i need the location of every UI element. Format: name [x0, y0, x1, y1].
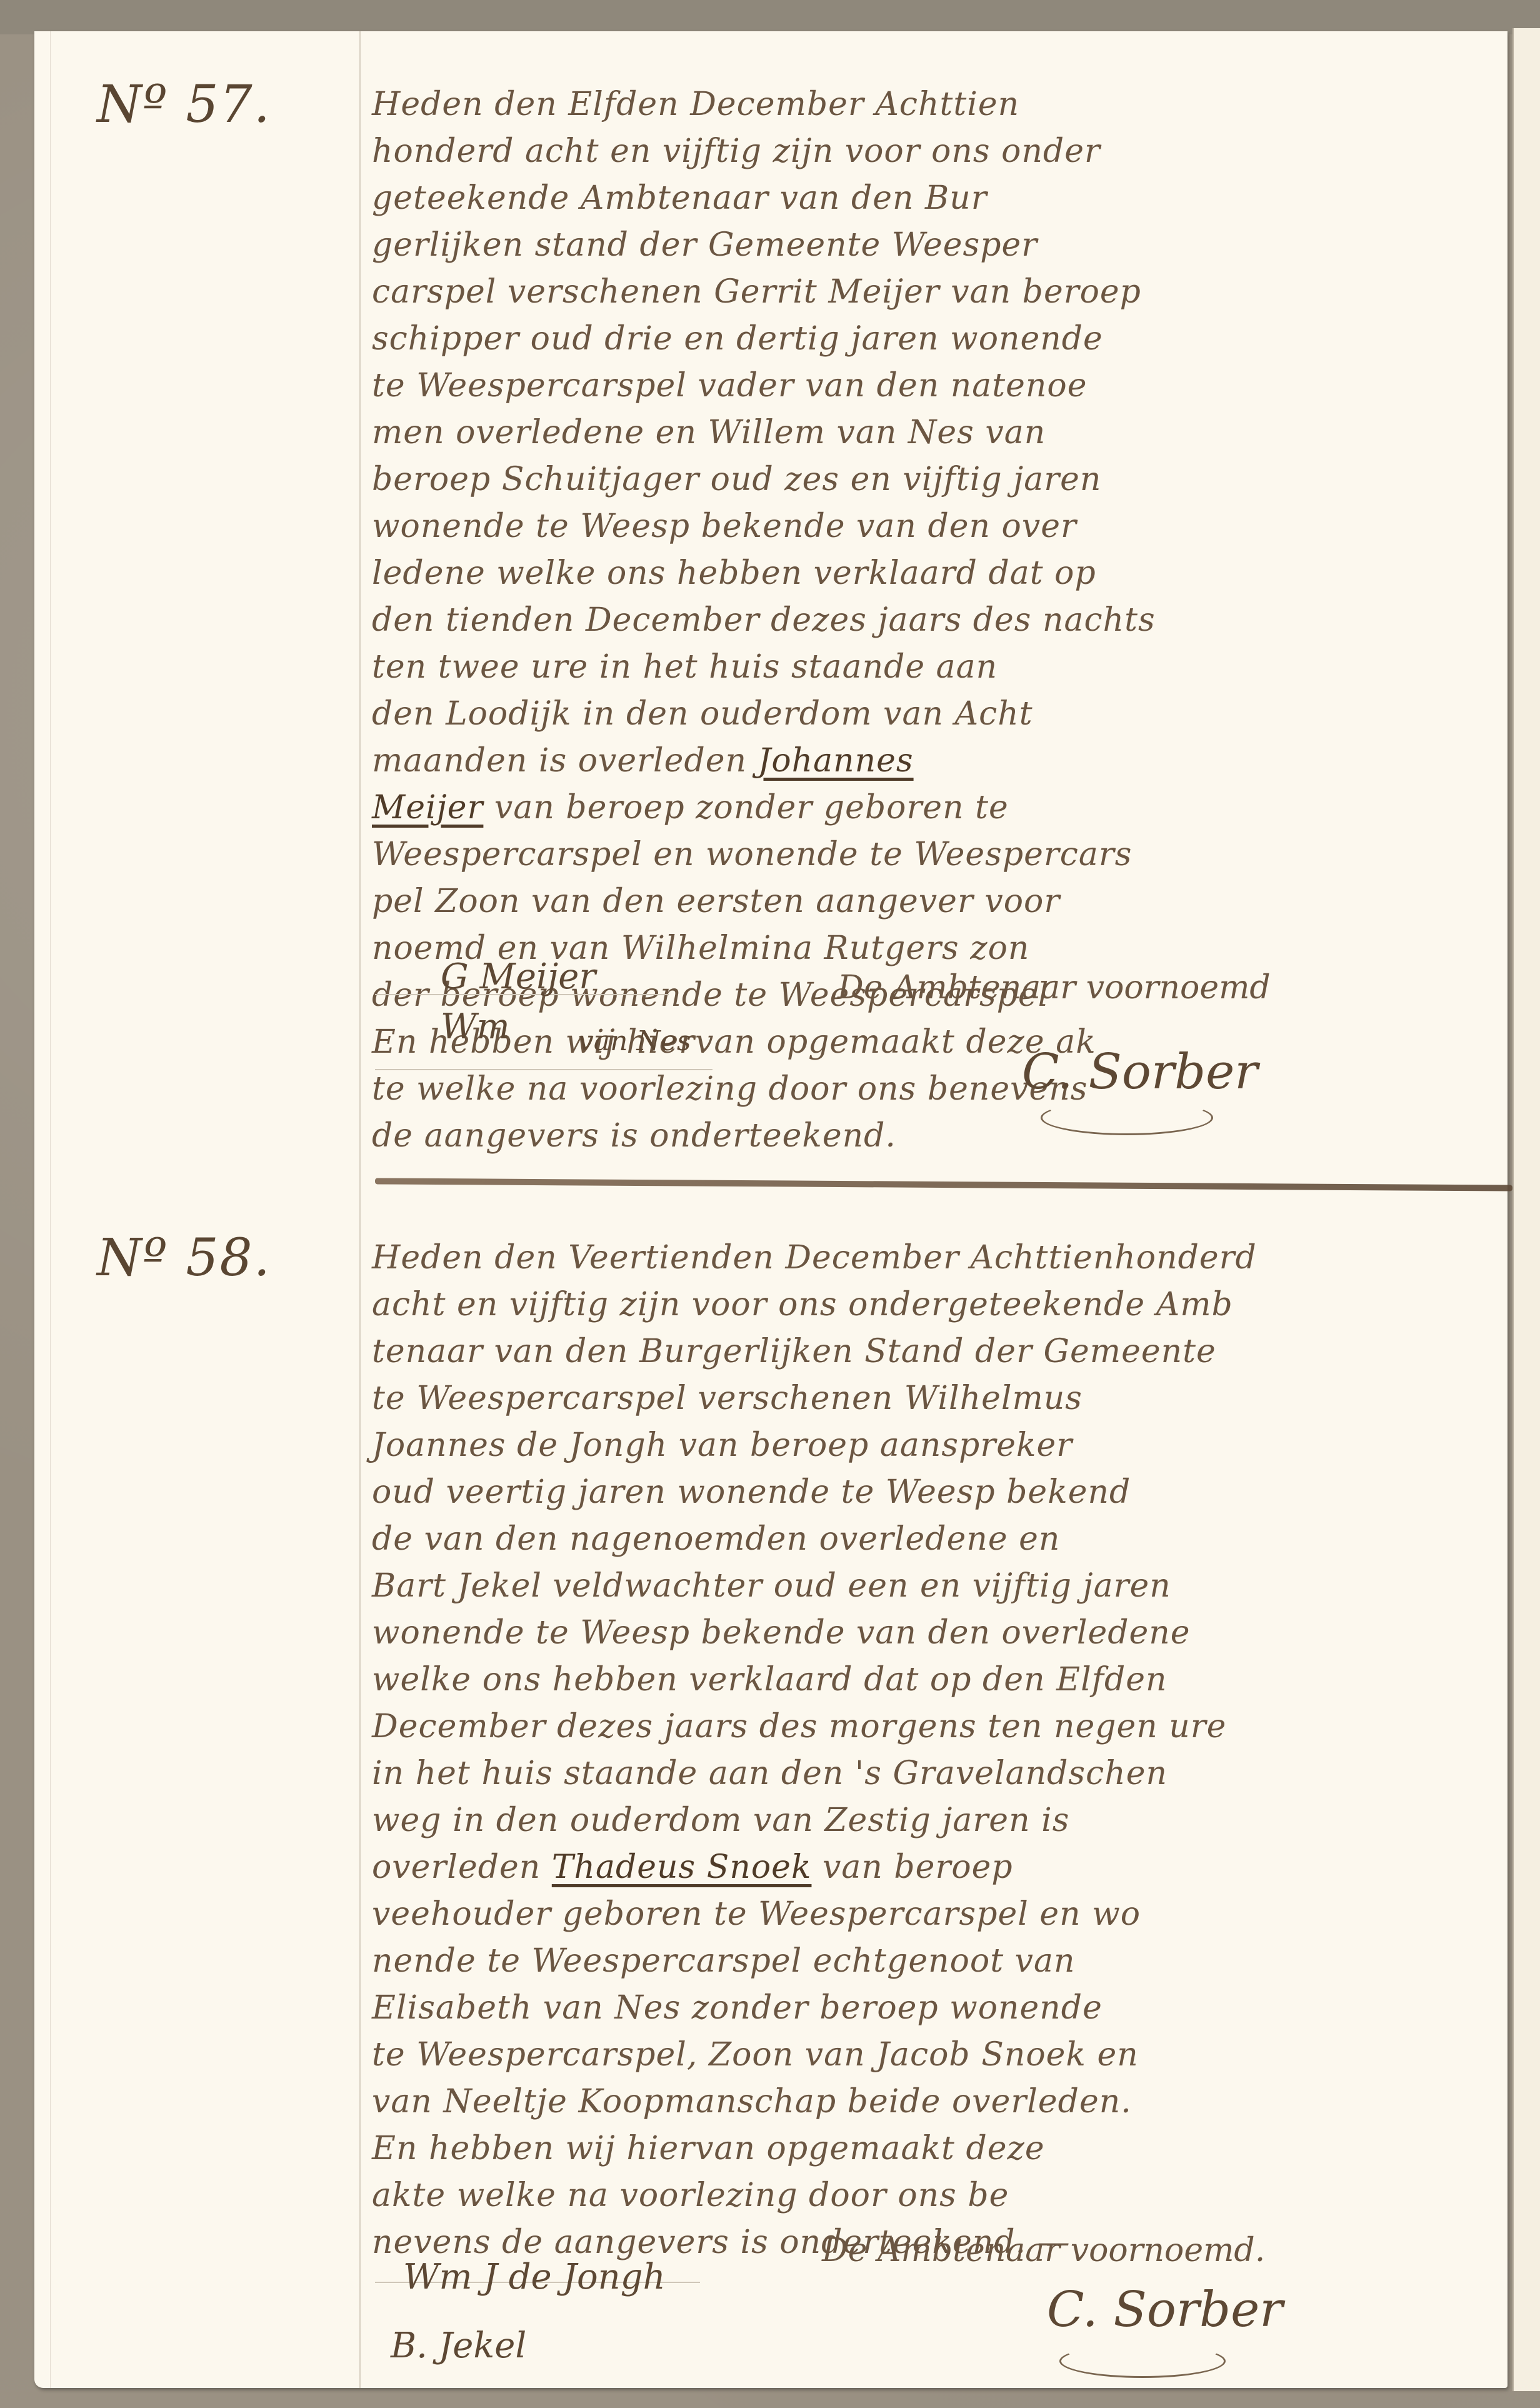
text-line: gerlijken stand der Gemeente Weesper	[372, 222, 1497, 269]
adjacent-page-edge	[1512, 28, 1540, 2391]
text-line: wonende te Weesp bekende van den overled…	[372, 1610, 1497, 1657]
text-line: Bart Jekel veldwachter oud een en vijfti…	[372, 1563, 1497, 1610]
text-line: Joannes de Jongh van beroep aanspreker	[372, 1422, 1497, 1469]
text-line: den Loodijk in den ouderdom van Acht	[372, 691, 1497, 738]
text-line: oud veertig jaren wonende te Weesp beken…	[372, 1469, 1497, 1516]
signature-rule	[375, 1069, 712, 1070]
official-title: De Ambtenaar voornoemd.	[822, 2232, 1265, 2269]
text-line: welke ons hebben verklaard dat op den El…	[372, 1657, 1497, 1703]
text-line: wonende te Weesp bekende van den over	[372, 503, 1497, 550]
text-line: pel Zoon van den eersten aangever voor	[372, 878, 1497, 925]
text-line: den tienden December dezes jaars des nac…	[372, 597, 1497, 644]
entry-number-57: Nº 57.	[97, 75, 271, 134]
signature-official: C. Sorber	[1047, 2282, 1283, 2338]
entry-separator-line	[375, 1178, 1512, 1191]
text-line: honderd acht en vijftig zijn voor ons on…	[372, 128, 1497, 175]
text-line: men overledene en Willem van Nes van	[372, 409, 1497, 456]
text-line: de van den nagenoemden overledene en	[372, 1516, 1497, 1563]
deceased-name-part2: Meijer	[372, 789, 483, 826]
binding-board-top	[0, 0, 1540, 34]
text-line: ten twee ure in het huis staande aan	[372, 644, 1497, 691]
text-line: te Weespercarspel verschenen Wilhelmus	[372, 1375, 1497, 1422]
text-line: carspel verschenen Gerrit Meijer van ber…	[372, 269, 1497, 316]
text-line: weg in den ouderdom van Zestig jaren is	[372, 1797, 1497, 1844]
text-line: Heden den Veertienden December Achttienh…	[372, 1235, 1497, 1282]
text-line: ledene welke ons hebben verklaard dat op	[372, 550, 1497, 597]
text-line: akte welke na voorlezing door ons be	[372, 2172, 1497, 2219]
signature-witness-1: Wm J de Jongh	[403, 2257, 666, 2297]
text-line: te Weespercarspel, Zoon van Jacob Snoek …	[372, 2032, 1497, 2079]
text-fragment: van beroep zonder geboren te	[483, 789, 1008, 826]
margin-rule	[359, 31, 361, 2388]
text-fragment: overleden	[372, 1849, 552, 1886]
text-line: En hebben wij hiervan opgemaakt deze	[372, 2125, 1497, 2172]
text-line-deceased: overleden Thadeus Snoek van beroep	[372, 1844, 1497, 1891]
text-line-deceased: maanden is overleden Johannes	[372, 738, 1497, 785]
signature-flourish	[1059, 2344, 1226, 2378]
text-line: Elisabeth van Nes zonder beroep wonende	[372, 1985, 1497, 2032]
text-fragment: maanden is overleden	[372, 742, 758, 780]
signature-witness-1: G Meijer	[441, 956, 596, 997]
text-line: tenaar van den Burgerlijken Stand der Ge…	[372, 1328, 1497, 1375]
text-line: nende te Weespercarspel echtgenoot van	[372, 1938, 1497, 1985]
signature-witness-2-surname: van Nes	[578, 1025, 691, 1057]
signature-official: C. Sorber	[1022, 1044, 1258, 1100]
text-line-deceased: Meijer van beroep zonder geboren te	[372, 785, 1497, 831]
text-line: beroep Schuitjager oud zes en vijftig ja…	[372, 456, 1497, 503]
signature-flourish	[1041, 1100, 1213, 1135]
ledger-page: Nº 57. Heden den Elfden December Achttie…	[34, 31, 1507, 2388]
text-line: Weespercarspel en wonende te Weespercars	[372, 831, 1497, 878]
text-line: acht en vijftig zijn voor ons ondergetee…	[372, 1282, 1497, 1328]
text-line: de aangevers is onderteekend.	[372, 1113, 1497, 1160]
deceased-name: Thadeus Snoek	[552, 1849, 812, 1886]
signature-witness-2: B. Jekel	[391, 2325, 526, 2366]
text-line: geteekende Ambtenaar van den Bur	[372, 175, 1497, 222]
text-line: te welke na voorlezing door ons benevens	[372, 1066, 1497, 1113]
entry-number-58: Nº 58.	[97, 1228, 271, 1288]
text-line: veehouder geboren te Weespercarspel en w…	[372, 1891, 1497, 1938]
text-line: Heden den Elfden December Achttien	[372, 81, 1497, 128]
text-line: te Weespercarspel vader van den natenoe	[372, 363, 1497, 409]
signature-witness-2: Wm	[441, 1006, 510, 1047]
text-line: schipper oud drie en dertig jaren wonend…	[372, 316, 1497, 363]
text-line: En hebben wij hiervan opgemaakt deze ak	[372, 1019, 1497, 1066]
text-line: in het huis staande aan den 's Graveland…	[372, 1750, 1497, 1797]
text-fragment: van beroep	[811, 1849, 1012, 1886]
left-edge-rule	[50, 31, 51, 2388]
text-line: van Neeltje Koopmanschap beide overleden…	[372, 2079, 1497, 2125]
text-line: December dezes jaars des morgens ten neg…	[372, 1703, 1497, 1750]
entry-58-text: Heden den Veertienden December Achttienh…	[372, 1235, 1497, 2266]
official-title: De Ambtenaar voornoemd	[837, 969, 1271, 1006]
deceased-name-part1: Johannes	[758, 742, 914, 780]
